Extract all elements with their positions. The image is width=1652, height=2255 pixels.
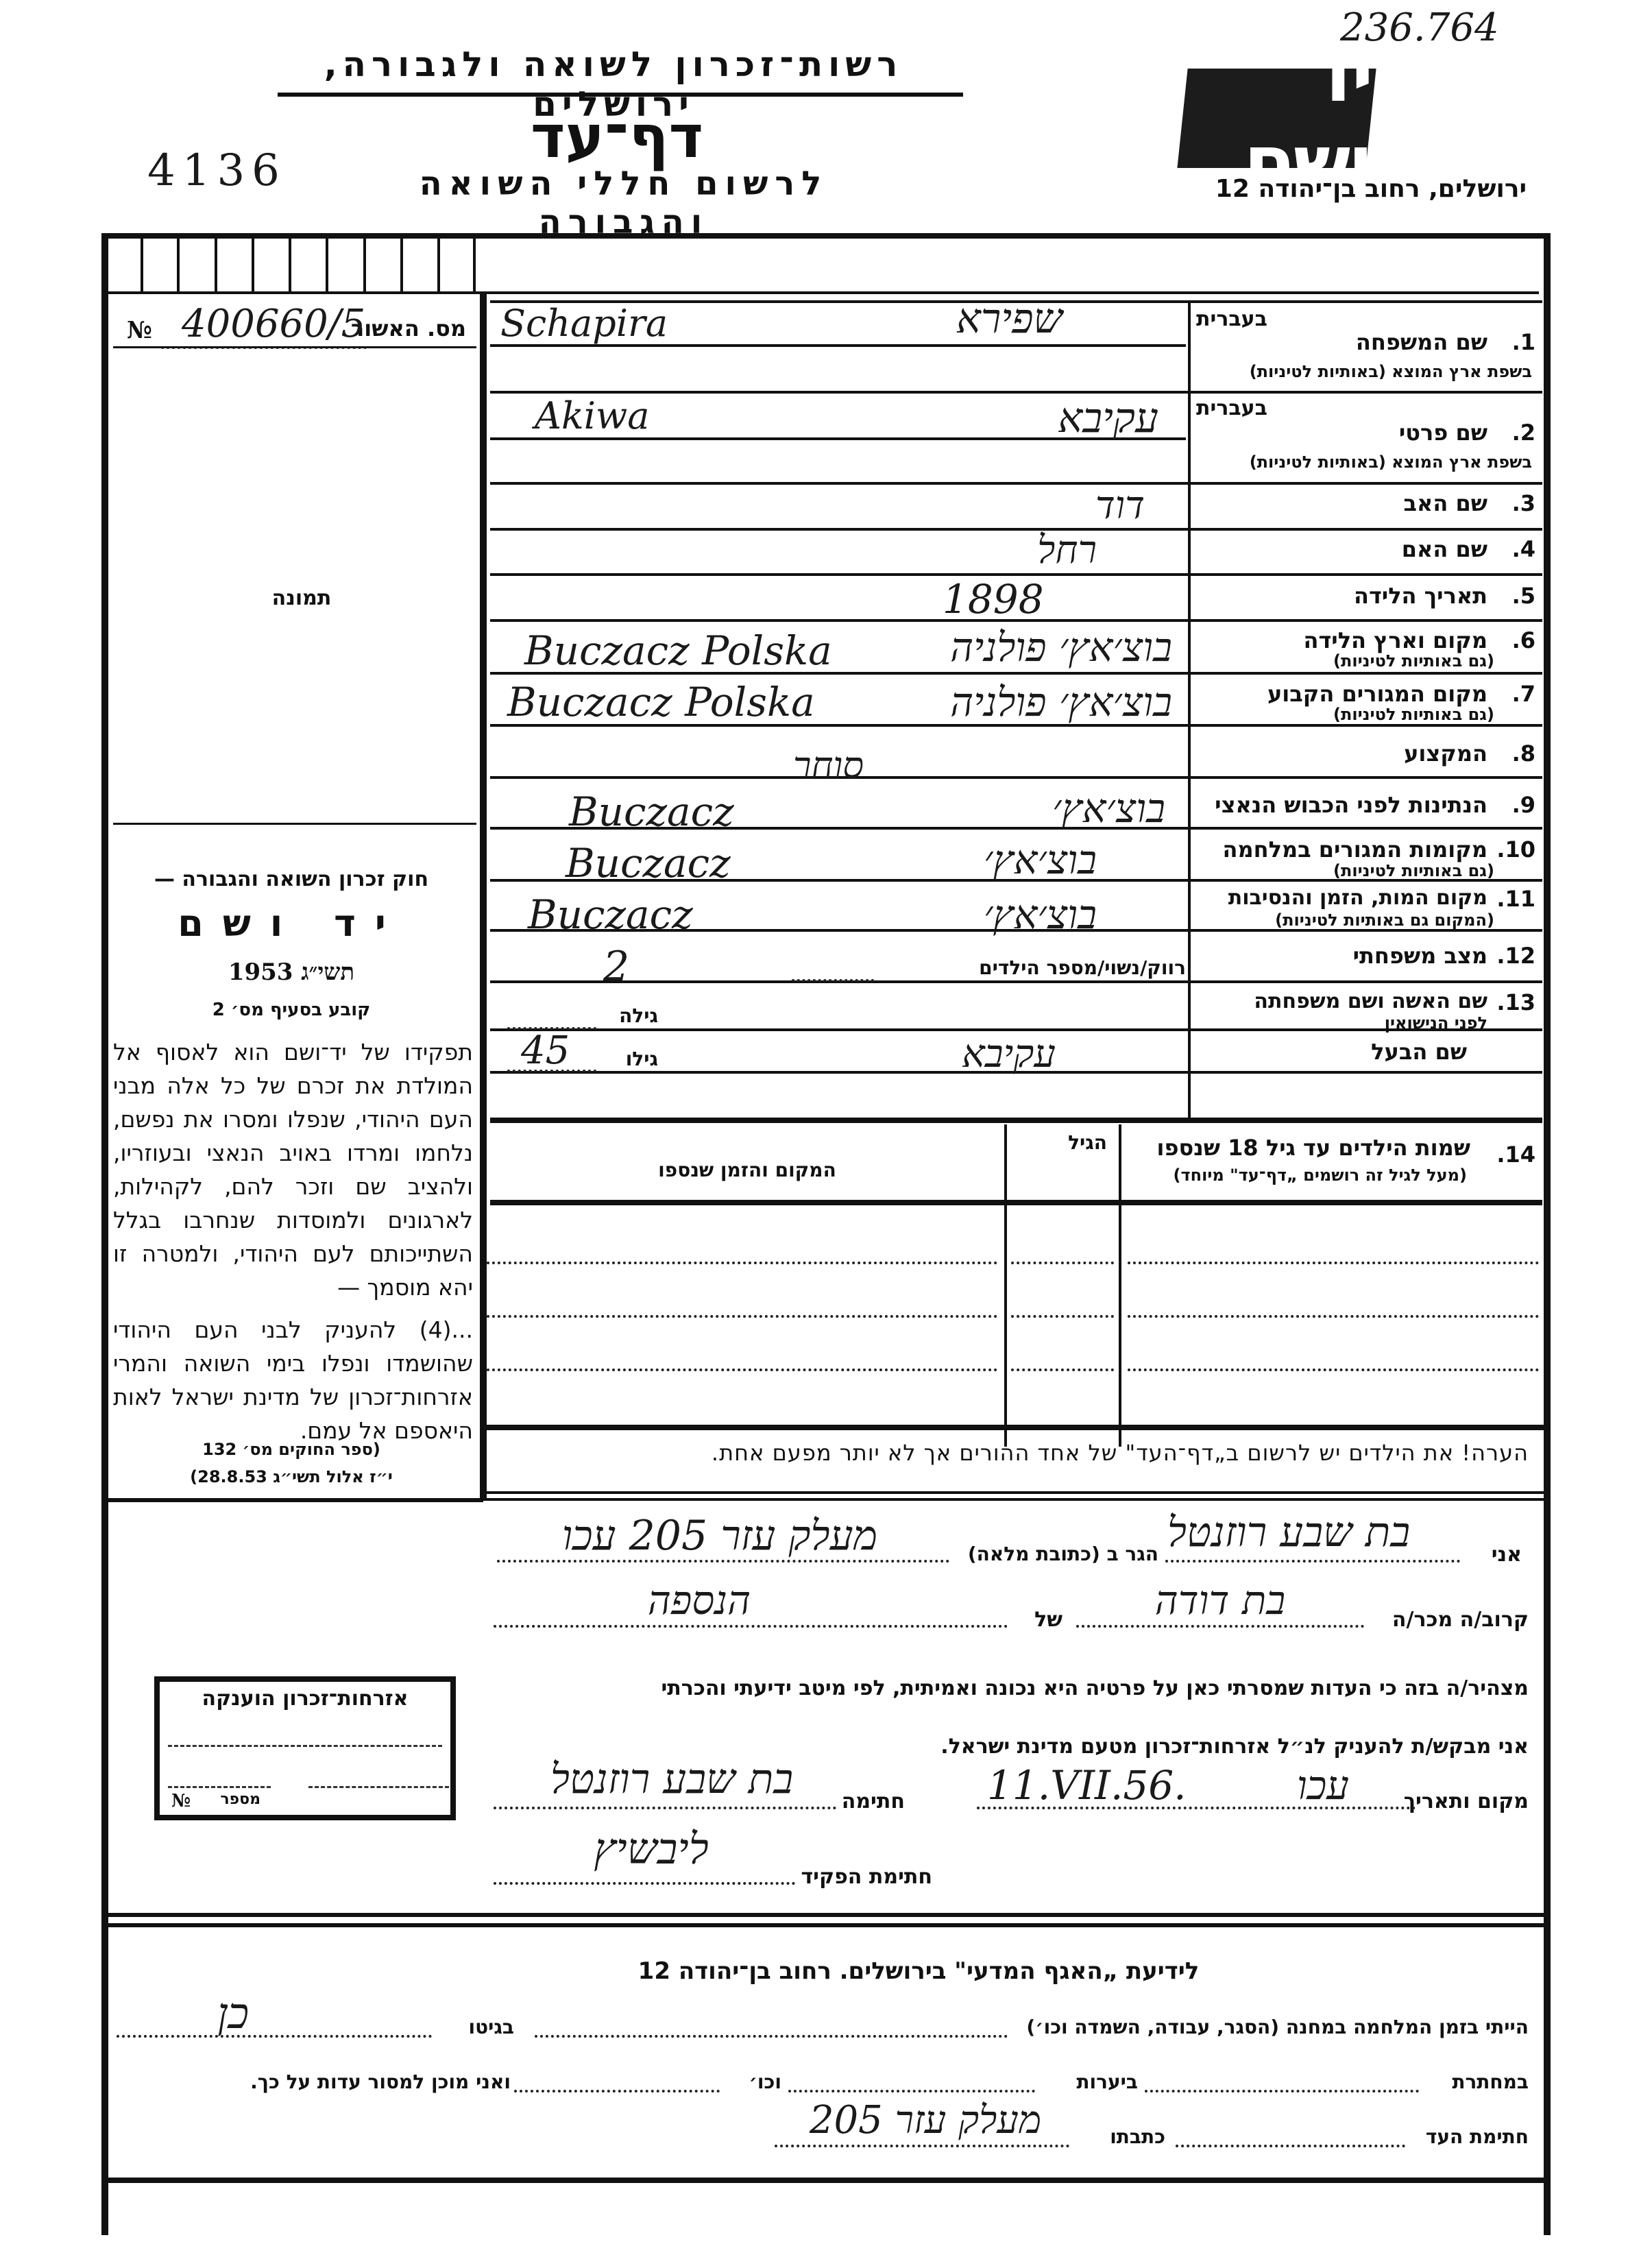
field-9-number: 9. — [1494, 792, 1535, 818]
grid-cell-divider — [215, 237, 217, 291]
field-6-value-latin[interactable]: Buczacz Polska — [524, 627, 832, 674]
note-text: הערה! את הילדים יש לרשום ב„דף־העד" של אח… — [500, 1440, 1529, 1466]
field-12-children-count[interactable]: 2 — [603, 943, 629, 991]
official-signature-field — [494, 1882, 795, 1885]
field-1-sublabel: בשפת ארץ המוצא (באותיות לטיניות) — [1193, 362, 1532, 381]
footer-title: לידיעת „האגף המדעי" בירושלים. רחוב בן־יה… — [480, 1957, 1357, 1985]
field-5-number: 5. — [1494, 583, 1535, 609]
footer-camp-field[interactable] — [535, 2035, 1008, 2038]
row-rule — [490, 980, 1542, 983]
field-11-sublabel: (המקום גם באותיות לטיניות) — [1193, 911, 1494, 930]
children-number: 14. — [1494, 1142, 1535, 1168]
declarant-address-value[interactable]: מעלק עזר 205 עכו — [494, 1512, 946, 1560]
field-6-number: 6. — [1494, 627, 1535, 653]
field-12-label: מצב משפחתי — [1268, 943, 1487, 969]
witness-address-value[interactable]: מעלק עזר 205 — [781, 2098, 1069, 2143]
field-5-value[interactable]: 1898 — [943, 576, 1044, 623]
declaration-request: אני מבקש/ת להעניק לנ״ל אזרחות־זכרון מטעם… — [754, 1735, 1529, 1759]
field-12-number: 12. — [1494, 943, 1535, 969]
field-2-hebrew-tag: בעברית — [1196, 396, 1333, 420]
archive-number-left: 4136 — [147, 145, 287, 196]
child-row-1-name[interactable] — [1128, 1262, 1539, 1264]
declaration-resides-label: הגר ב (כתובת מלאה) — [953, 1543, 1158, 1565]
child-row-1-place[interactable] — [487, 1262, 997, 1264]
child-row-3-name[interactable] — [1128, 1368, 1539, 1371]
address-field — [497, 1560, 949, 1563]
approval-no-symbol: № — [127, 317, 152, 344]
relation-field — [1076, 1625, 1364, 1628]
field-9-value-hebrew[interactable]: בוצ׳אץ׳ — [1015, 785, 1165, 832]
child-row-3-age[interactable] — [1011, 1368, 1114, 1371]
of-field — [494, 1625, 1008, 1628]
signature-label: חתימה — [843, 1789, 905, 1813]
field-4-number: 4. — [1494, 536, 1535, 562]
child-row-1-age[interactable] — [1011, 1262, 1114, 1264]
left-panel-divider — [480, 291, 487, 1498]
row-rule — [490, 776, 1542, 779]
husband-age-label: גילו — [603, 1048, 658, 1070]
witness-signature-field[interactable] — [1176, 2145, 1405, 2147]
field-10-number: 10. — [1494, 836, 1535, 863]
husband-label: שם הבעל — [1268, 1039, 1467, 1065]
row-rule — [490, 391, 1542, 394]
declarant-name-value[interactable]: בת שבע רוזנטל — [1110, 1508, 1467, 1556]
official-signature-label: חתימת הפקיד — [809, 1865, 932, 1889]
children-col-place-header: המקום והזמן שנספו — [494, 1159, 1001, 1181]
field-9-value-latin[interactable]: Buczacz — [569, 788, 734, 835]
field-11-value-hebrew[interactable]: בוצ׳אץ׳ — [946, 891, 1097, 938]
children-col-divider — [1119, 1124, 1121, 1447]
child-row-3-place[interactable] — [487, 1368, 997, 1371]
approval-number-value[interactable]: 400660/5 — [182, 302, 365, 346]
field-13-number: 13. — [1494, 989, 1535, 1015]
grid-cell-divider — [363, 237, 366, 291]
declaration-i-label: אני — [1467, 1543, 1522, 1567]
citizenship-box-line — [308, 1786, 449, 1788]
wife-age-label: גילה — [603, 1004, 658, 1027]
field-6-value-hebrew[interactable]: בוצ׳אץ׳ פולניה — [891, 624, 1172, 671]
declarant-name-field — [1165, 1560, 1460, 1563]
field-1-number: 1. — [1494, 329, 1535, 355]
child-row-2-place[interactable] — [487, 1315, 997, 1318]
field-1-hebrew-tag: בעברית — [1196, 307, 1333, 331]
field-7-value-hebrew[interactable]: בוצ׳אץ׳ פולניה — [891, 679, 1172, 725]
label-column-divider — [1188, 302, 1191, 1118]
field-13-label: שם האשה ושם משפחתה — [1196, 989, 1487, 1013]
approval-number-label: מס. האשור — [370, 315, 466, 341]
citizenship-number-label: מספר — [206, 1791, 260, 1808]
left-panel-bottom — [106, 1498, 483, 1502]
field-2-label: שם פרטי — [1268, 420, 1487, 446]
frame-bottom — [101, 2178, 1548, 2183]
field-11-number: 11. — [1494, 886, 1535, 912]
field-1-value-hebrew[interactable]: שפירא — [823, 295, 1062, 343]
section-rule — [490, 1118, 1542, 1123]
photo-area-bottom — [113, 823, 476, 825]
field-7-label: מקום המגורים הקבוע — [1234, 681, 1487, 707]
field-12-dotted-line — [792, 979, 874, 982]
law-text-paragraph-2: ...(4) להעניק לבני העם היהודי שהושמדו ונ… — [113, 1313, 473, 1447]
field-10-value-latin[interactable]: Buczacz — [566, 840, 731, 887]
frame-left — [101, 233, 108, 2235]
footer-ghetto-value[interactable]: כן — [165, 1988, 302, 2039]
children-col-age-header: הגיל — [1011, 1131, 1107, 1154]
children-header-rule — [490, 1200, 1542, 1205]
law-reference-2: י״ז אלול תשי״ג 28.8.53) — [113, 1467, 470, 1486]
footer-ghetto-label: בגיטו — [439, 2016, 514, 2038]
footer-ready-label: ואני מוכן למסור עדות על כך. — [110, 2071, 511, 2093]
note-rule-2 — [483, 1498, 1544, 1501]
footer-forests-label: ביערות — [1042, 2071, 1138, 2093]
children-col-divider — [1004, 1124, 1007, 1447]
grid-cell-divider — [473, 237, 476, 291]
husband-age-value[interactable]: 45 — [521, 1028, 570, 1073]
grid-top-divider — [106, 291, 1539, 294]
photo-label: תמונה — [260, 586, 343, 610]
note-rule-1 — [483, 1491, 1544, 1494]
field-11-label: מקום המות, הזמן והנסיבות — [1196, 886, 1487, 910]
law-name: יד ושם — [113, 902, 470, 945]
footer-underground-label: במחתרת — [1426, 2071, 1529, 2093]
field-9-label: הנתינות לפני הכבוש הנאצי — [1196, 792, 1487, 818]
children-sublabel: (מעל לגיל זה רושמים „דף־עד" מיוחד) — [1124, 1166, 1467, 1185]
place-date-label: מקום ותאריך — [1426, 1789, 1529, 1813]
citizenship-box-title: אזרחות־זכרון הוענקה — [161, 1687, 449, 1711]
grid-cell-divider — [289, 237, 291, 291]
field-4-value[interactable]: רחל — [946, 528, 1097, 572]
field-7-value-latin[interactable]: Buczacz Polska — [507, 679, 815, 725]
grid-cell-divider — [400, 237, 403, 291]
grid-cell-divider — [437, 237, 440, 291]
field-1-value-latin[interactable]: Schapira — [500, 302, 668, 345]
signature-field — [494, 1807, 836, 1809]
approval-rule — [113, 346, 476, 348]
field-10-label: מקומות המגורים במלחמה — [1196, 836, 1487, 863]
header-rule — [278, 93, 963, 97]
law-section: קובע בסעיף מס׳ 2 — [113, 1000, 470, 1020]
citizenship-no-symbol: № — [171, 1791, 191, 1811]
witness-signature-label: חתימת העד — [1412, 2125, 1529, 2148]
frame-top — [101, 233, 1548, 239]
footer-underground-field[interactable] — [1145, 2090, 1419, 2093]
declaration-rule-1 — [106, 1913, 1544, 1917]
law-reference-1: (ספר החוקים מס׳ 132 — [113, 1440, 470, 1459]
field-10-value-hebrew[interactable]: בוצ׳אץ׳ — [946, 836, 1097, 883]
footer-etc-field[interactable] — [514, 2090, 720, 2093]
of-value[interactable]: הנספה — [562, 1577, 836, 1624]
child-row-2-age[interactable] — [1011, 1315, 1114, 1318]
footer-camp-label: הייתי בזמן המלחמה במחנה (הסגר, עבודה, הש… — [1015, 2016, 1529, 2038]
children-bottom-rule — [483, 1425, 1544, 1430]
relation-value[interactable]: בת דודה — [1083, 1577, 1357, 1624]
field-7-number: 7. — [1494, 681, 1535, 707]
frame-right — [1544, 233, 1551, 2235]
field-3-value[interactable]: דוד — [994, 483, 1145, 528]
grid-cell-divider — [252, 237, 254, 291]
field-7-sublabel: (גם באותיות לטיניות) — [1193, 705, 1494, 724]
witness-address-label: כתבתו — [1076, 2125, 1165, 2148]
footer-forests-field[interactable] — [788, 2090, 1035, 2093]
institution-address: ירושלים, רחוב בן־יהודה 12 — [1165, 175, 1577, 203]
law-text-paragraph-1: תפקידו של יד־ושם הוא לאסוף אל המולדת את … — [113, 1035, 473, 1304]
field-8-number: 8. — [1494, 740, 1535, 767]
law-title: חוק זכרון השואה והגבורה — — [113, 867, 470, 891]
field-8-value[interactable]: סוחר — [747, 744, 864, 787]
field-6-label: מקום וארץ הלידה — [1268, 627, 1487, 653]
field-2-value-latin[interactable]: Akiwa — [535, 394, 649, 437]
of-label: של — [1021, 1608, 1062, 1632]
law-year: תשי״ג 1953 — [113, 958, 470, 986]
witness-address-field — [775, 2145, 1069, 2147]
yad-vashem-logo: יד ושם — [1177, 69, 1376, 168]
relation-label: קרוב/ה מכר/ה — [1371, 1608, 1529, 1632]
field-4-label: שם האם — [1268, 536, 1487, 562]
form-subtitle: לרשום חללי השואה והגבורה — [329, 165, 919, 241]
field-11-value-latin[interactable]: Buczacz — [528, 891, 693, 938]
declarant-signature[interactable]: בת שבע רוזנטל — [500, 1755, 843, 1803]
field-10-sublabel: (גם באותיות לטיניות) — [1193, 861, 1494, 880]
form-title: דף־עד — [411, 103, 823, 171]
citizenship-box-line — [168, 1786, 271, 1788]
field-12-inline-label: רווק/נשוי/מספר הילדים — [884, 956, 1186, 979]
citizenship-box-line — [168, 1745, 442, 1747]
field-2-sublabel: בשפת ארץ המוצא (באותיות לטיניות) — [1193, 453, 1532, 472]
child-row-2-name[interactable] — [1128, 1315, 1539, 1318]
place-value[interactable]: עכו — [1254, 1762, 1392, 1809]
field-8-label: המקצוע — [1268, 740, 1487, 767]
field-1-label: שם המשפחה — [1268, 329, 1487, 355]
field-2-number: 2. — [1494, 420, 1535, 446]
grid-cell-divider — [141, 237, 143, 291]
declaration-rule-2 — [106, 1923, 1544, 1927]
field-5-label: תאריך הלידה — [1268, 583, 1487, 609]
footer-etc-label: וכו׳ — [727, 2071, 781, 2093]
field-13-sublabel: לפני הנישואין — [1193, 1013, 1487, 1033]
date-value[interactable]: 11.VII.56. — [987, 1762, 1187, 1809]
field-3-number: 3. — [1494, 490, 1535, 516]
grid-cell-divider — [326, 237, 328, 291]
declaration-statement: מצהיר/ה בזה כי העדות שמסרתי כאן על פרטיה… — [494, 1676, 1529, 1700]
children-label: שמות הילדים עד גיל 18 שנספו — [1124, 1135, 1470, 1161]
field-3-label: שם האב — [1268, 490, 1487, 516]
field-6-sublabel: (גם באותיות לטיניות) — [1193, 651, 1494, 671]
field-2-value-hebrew[interactable]: עקיבא — [925, 394, 1158, 442]
official-signature[interactable]: ליבשיץ — [521, 1824, 781, 1874]
husband-name-value[interactable]: עקיבא — [877, 1032, 1056, 1076]
grid-cell-divider — [177, 237, 180, 291]
